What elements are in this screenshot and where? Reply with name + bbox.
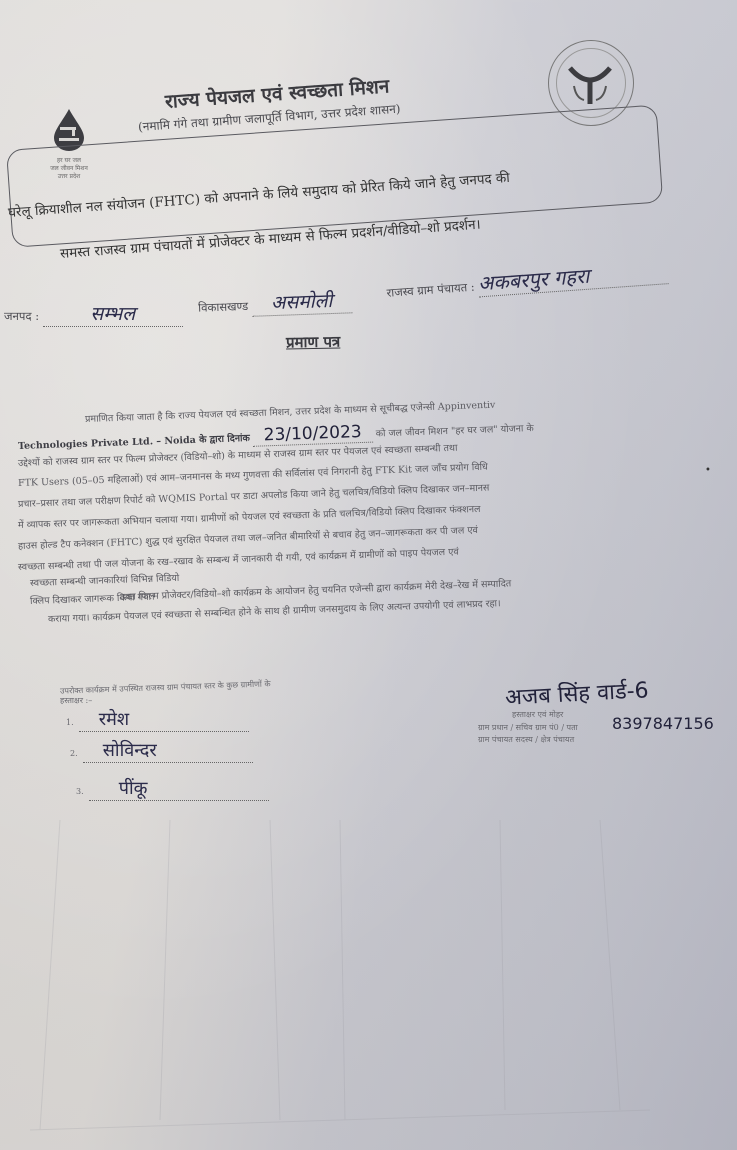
- witness-signature[interactable]: पींकू: [89, 776, 269, 801]
- block-value[interactable]: असमोली: [251, 286, 352, 316]
- certificate-heading: प्रमाण पत्र: [286, 332, 341, 353]
- bleed-through-lines: [0, 820, 737, 1150]
- para-line: स्वच्छता सम्बन्धी जानकारियां विभिन्न विड…: [30, 571, 180, 589]
- signatory-label-1: हस्ताक्षर एवं मोहर: [512, 709, 563, 720]
- stray-mark: •: [705, 465, 711, 476]
- district-label: जनपद :: [4, 309, 39, 323]
- block-field: विकासखण्ड असमोली: [198, 286, 352, 318]
- witness-2: 2. सोविन्दर: [70, 738, 253, 763]
- witness-number: 2.: [70, 749, 78, 758]
- block-label: विकासखण्ड: [198, 299, 248, 315]
- panchayat-value[interactable]: अकबरपुर गहरा: [477, 256, 668, 297]
- signatory-signature[interactable]: अजब सिंह वार्ड-6: [504, 674, 649, 711]
- witness-1: 1. रमेश: [66, 707, 249, 732]
- witness-number: 1.: [66, 718, 74, 727]
- witness-signature[interactable]: सोविन्दर: [83, 738, 253, 763]
- witness-3: 3. पींकू: [76, 776, 269, 801]
- signatory-label-2: ग्राम प्रधान / सचिव ग्राम पं0 / पता: [478, 722, 578, 733]
- district-field: जनपद : सम्भल: [4, 300, 183, 327]
- para-text: को जल जीवन मिशन "हर घर जल" योजना के: [376, 423, 534, 440]
- panchayat-label: राजस्व ग्राम पंचायत :: [386, 280, 475, 300]
- witness-number: 3.: [76, 787, 84, 796]
- seal-emblem-icon: [566, 58, 614, 108]
- date-value[interactable]: 23/10/2023: [252, 422, 373, 447]
- witness-signature[interactable]: रमेश: [79, 707, 249, 732]
- signatory-phone[interactable]: 8397847156: [612, 714, 714, 733]
- panchayat-field: राजस्व ग्राम पंचायत : अकबरपुर गहरा: [385, 256, 668, 304]
- signatory-label-3: ग्राम पंचायत सदस्य / क्षेत्र पंचायत: [478, 734, 574, 745]
- district-value[interactable]: सम्भल: [43, 300, 183, 327]
- witness-intro-2: हस्ताक्षर :–: [60, 695, 92, 706]
- witness-intro: उपरोक्त कार्यक्रम में उपस्थित राजस्व ग्र…: [60, 678, 271, 696]
